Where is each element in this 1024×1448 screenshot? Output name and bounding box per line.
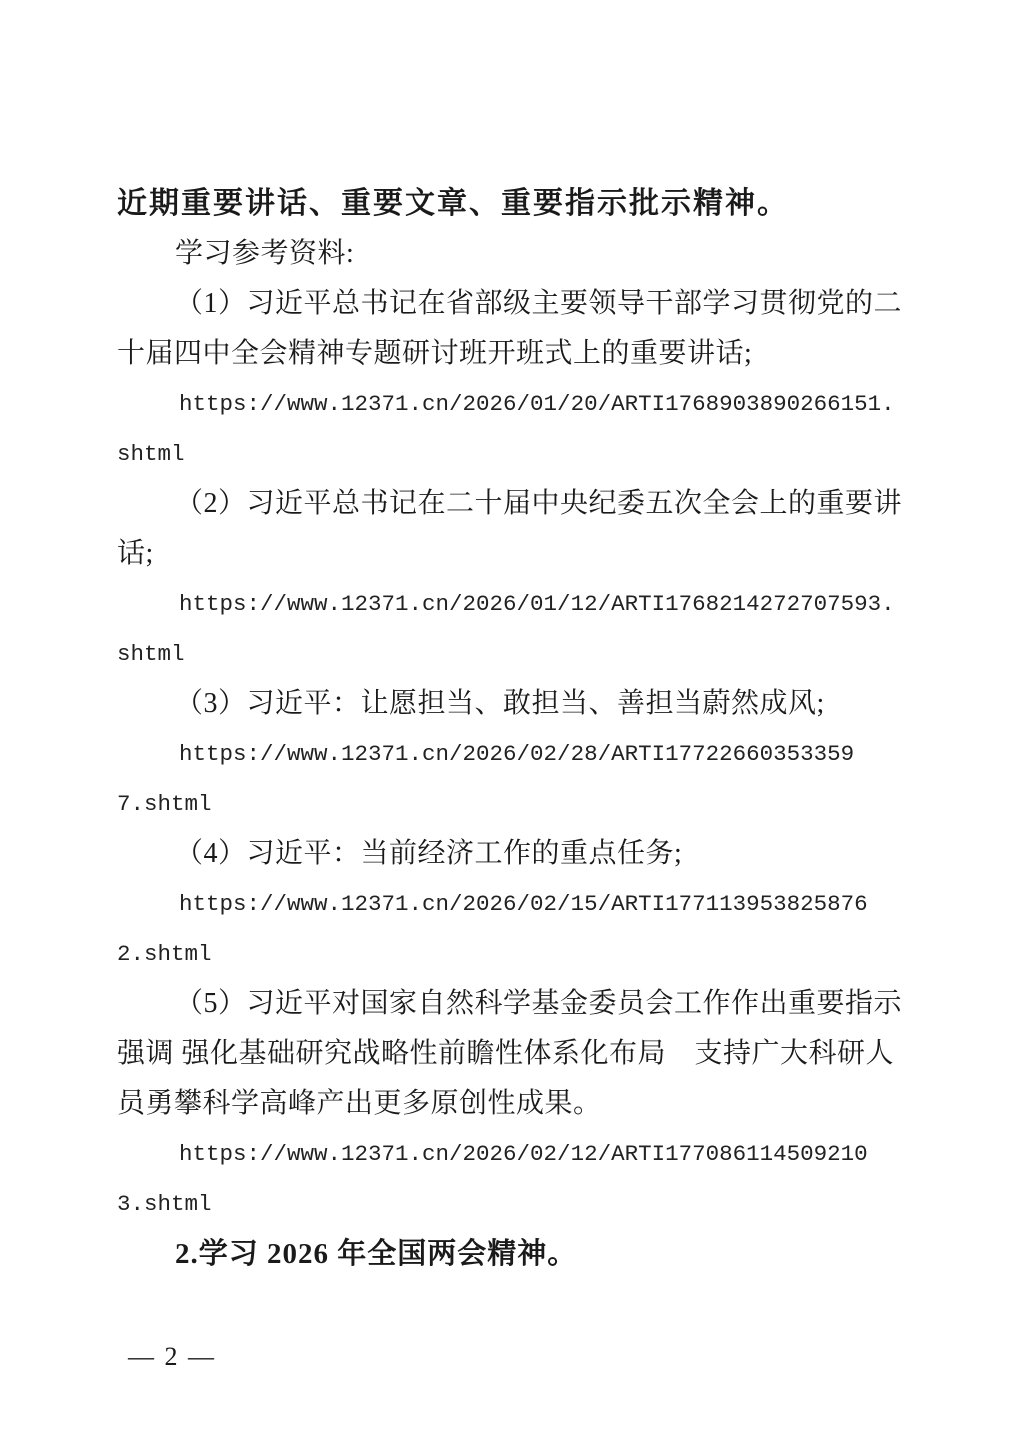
- reference-2-url-line-1: https://www.12371.cn/2026/01/12/ARTI1768…: [117, 579, 902, 629]
- reference-2-text-line-2: 话;: [117, 529, 902, 579]
- reference-1-text-line-2: 十届四中全会精神专题研讨班开班式上的重要讲话;: [117, 329, 902, 379]
- reference-5-text-line-1: （5）习近平对国家自然科学基金委员会工作作出重要指示: [117, 979, 902, 1029]
- study-materials-label: 学习参考资料:: [117, 229, 902, 279]
- reference-3-text-line-1: （3）习近平：让愿担当、敢担当、善担当蔚然成风;: [117, 679, 902, 729]
- reference-1-url-line-1: https://www.12371.cn/2026/01/20/ARTI1768…: [117, 379, 902, 429]
- reference-1-url-line-2: shtml: [117, 429, 902, 479]
- document-body: 近期重要讲话、重要文章、重要指示批示精神。 学习参考资料: （1）习近平总书记在…: [117, 179, 902, 1279]
- reference-4-url-line-2: 2.shtml: [117, 929, 902, 979]
- document-page: 近期重要讲话、重要文章、重要指示批示精神。 学习参考资料: （1）习近平总书记在…: [0, 0, 1024, 1448]
- reference-2-text-line-1: （2）习近平总书记在二十届中央纪委五次全会上的重要讲: [117, 479, 902, 529]
- reference-3-url-line-2: 7.shtml: [117, 779, 902, 829]
- reference-5-url-line-1: https://www.12371.cn/2026/02/12/ARTI1770…: [117, 1129, 902, 1179]
- section-heading-item-2: 2.学习 2026 年全国两会精神。: [117, 1229, 902, 1279]
- reference-5-text-line-3: 员勇攀科学高峰产出更多原创性成果。: [117, 1079, 902, 1129]
- reference-1-text-line-1: （1）习近平总书记在省部级主要领导干部学习贯彻党的二: [117, 279, 902, 329]
- reference-4-text-line-1: （4）习近平：当前经济工作的重点任务;: [117, 829, 902, 879]
- reference-2-url-line-2: shtml: [117, 629, 902, 679]
- reference-5-text-line-2: 强调 强化基础研究战略性前瞻性体系化布局 支持广大科研人: [117, 1029, 902, 1079]
- reference-5-url-line-2: 3.shtml: [117, 1179, 902, 1229]
- reference-3-url-line-1: https://www.12371.cn/2026/02/28/ARTI1772…: [117, 729, 902, 779]
- page-number: — 2 —: [128, 1332, 216, 1382]
- section-heading-continuation: 近期重要讲话、重要文章、重要指示批示精神。: [117, 179, 902, 229]
- reference-4-url-line-1: https://www.12371.cn/2026/02/15/ARTI1771…: [117, 879, 902, 929]
